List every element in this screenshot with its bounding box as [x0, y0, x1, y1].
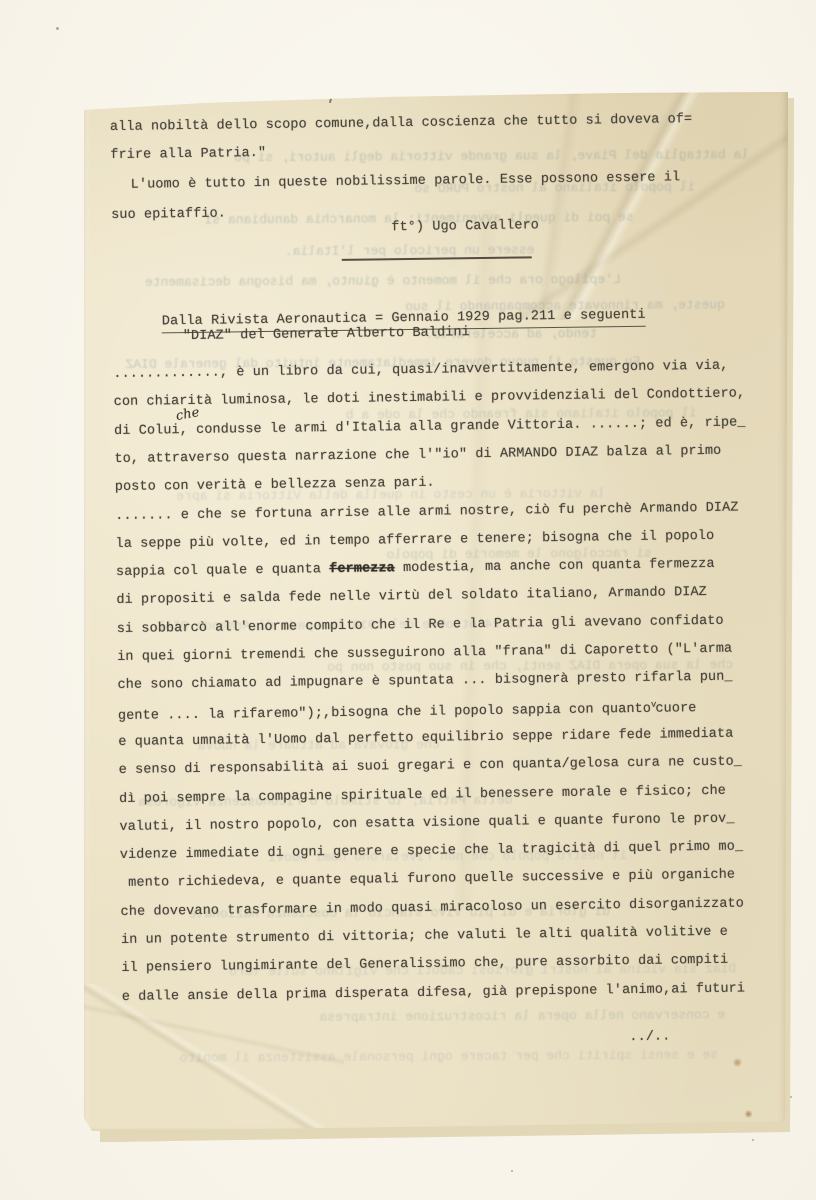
body-line: si sobbarcò all'enorme compito che il Re… [117, 613, 724, 638]
body-line: la seppe più volte, ed in tempo afferrar… [116, 529, 715, 554]
typed-text: modestia, ma anche con quanta fermezza [395, 557, 715, 576]
signature-line: ft°) Ugo Cavallero [391, 218, 539, 237]
dust-speck [752, 1139, 754, 1141]
body-line: ............., è un libro da cui, quasi/… [113, 359, 728, 384]
intro-line: suo epitaffio. [111, 206, 226, 224]
body-line-with-caret: gente .... la rifaremo");,bisogna che il… [118, 699, 697, 726]
body-line: posto con verità e bellezza senza pari. [115, 476, 435, 497]
intro-line: alla nobiltà dello scopo comune,dalla co… [110, 112, 692, 137]
dust-speck [56, 27, 59, 30]
typed-content: alla nobiltà dello scopo comune,dalla co… [83, 81, 801, 1134]
body-line: in quei giorni tremendi che susseguirono… [117, 642, 732, 667]
body-line-with-strikeout: sappia col quale e quanta fermezza modes… [116, 557, 715, 582]
dust-speck [790, 1096, 792, 1098]
body-line: che dovevano trasformare in modo quasi m… [121, 896, 744, 921]
intro-line: L'uomo è tutto in queste nobilissime par… [131, 170, 681, 194]
body-line: videnze immediate di ogni genere e speci… [120, 840, 743, 865]
intro-line: frire alla Patria." [110, 146, 266, 165]
typed-text: gente .... la rifaremo");,bisogna che il… [118, 701, 651, 723]
document-page: la battaglia del Piave, la sua grande vi… [84, 90, 788, 1134]
typed-text: condusse le armi d'Italia alla grande Vi… [188, 415, 746, 438]
typed-text: sappia col quale e quanta [116, 562, 329, 580]
body-line: valuti, il nostro popolo, con esatta vis… [119, 811, 734, 836]
dust-speck [511, 1170, 513, 1172]
body-line: mento richiedeva, e quante equali furono… [128, 868, 735, 893]
body-line: in un potente strumento di vittoria; che… [121, 925, 728, 950]
body-line: to, attraverso questa narrazione che l'"… [114, 444, 721, 469]
body-line: dì poi sempre la compagine spirituale ed… [119, 783, 726, 808]
divider-rule [342, 256, 532, 261]
body-line: il pensiero lungimirante del Generalissi… [121, 953, 728, 978]
body-line: che sono chiamato ad impugnare è spuntat… [117, 670, 732, 695]
handwritten-insertion: che [175, 406, 201, 423]
struck-word: fermezza [329, 561, 395, 577]
body-line-with-insertion: di Colui,che condusse le armi d'Italia a… [114, 415, 746, 440]
body-line: con chiarità luminosa, le doti inestimab… [114, 387, 746, 412]
scanned-document-background: { "document": { "intro": { "lines": [ "a… [0, 0, 816, 1200]
body-line: e quanta umnaità l'Uomo dal perfetto equ… [118, 727, 733, 752]
body-line: e senso di responsabilità ai suoi gregar… [119, 755, 742, 780]
body-line: ....... e che se fortuna arrise alle arm… [115, 500, 738, 525]
continuation-mark: ../.. [629, 1030, 670, 1047]
body-line: e dalle ansie della prima disperata dife… [122, 981, 745, 1006]
typed-text: di Colui, [114, 423, 188, 439]
body-line: di propositi e salda fede nelle virtù de… [116, 585, 707, 610]
typed-text: cuore [655, 701, 696, 717]
